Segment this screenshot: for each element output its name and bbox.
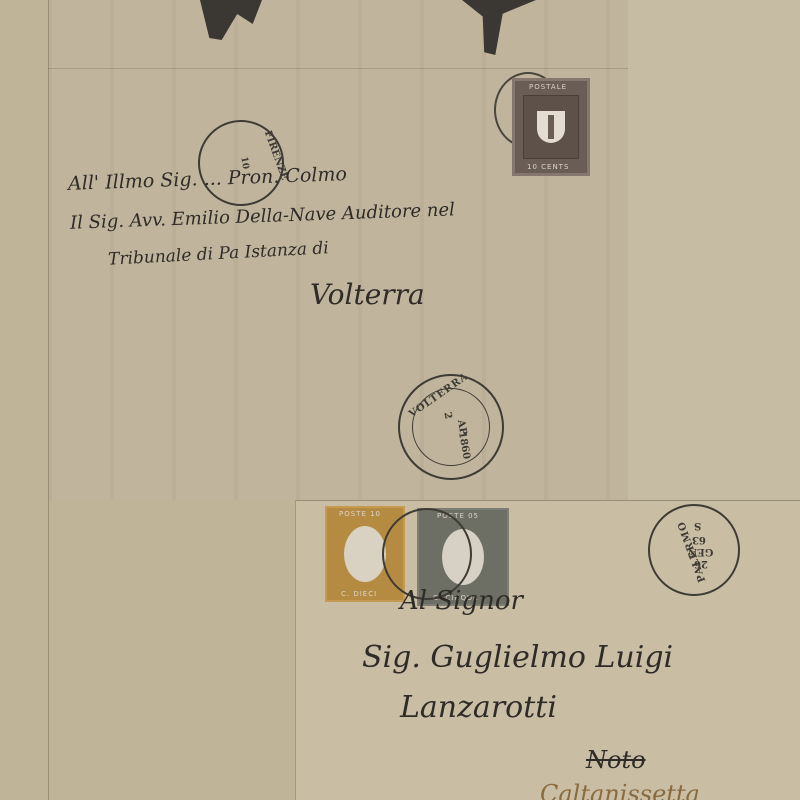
stamp-tuscany-10-cents: POSTALE 10 CENTS <box>512 78 590 176</box>
letter-fold-panel <box>628 0 800 500</box>
postmark-firenze: FIRENZE 10 <box>198 120 284 206</box>
redirect-destination: Caltanissetta <box>540 780 700 800</box>
fold-crease <box>48 68 628 69</box>
fold-crease <box>48 0 49 800</box>
address-destination: Volterra <box>310 278 425 311</box>
savoy-shield-icon <box>537 111 565 143</box>
postmark-month: GEN <box>688 546 713 557</box>
stamp-bottom-text: 10 CENTS <box>527 163 569 171</box>
postmark-palermo: PALERMO 26 GEN 63 S <box>648 504 740 596</box>
recipient-surname: Lanzarotti <box>400 690 557 725</box>
stamp-bottom-text: C. DIECI <box>341 590 377 598</box>
king-portrait-cameo <box>344 526 386 582</box>
postmark-day: 26 <box>694 558 708 569</box>
postmark-volterra: VOLTERRA 2 AP 1860 <box>398 374 504 480</box>
postmark-year: 63 <box>692 534 706 545</box>
stamp-top-text: POSTALE <box>529 83 567 91</box>
recipient-name: Sig. Guglielmo Luigi <box>362 640 673 675</box>
postmark-time: S <box>694 520 701 531</box>
stamp-top-text: POSTE 10 <box>339 510 381 518</box>
salutation: Al Signor <box>400 586 523 616</box>
crossed-out-town: Noto <box>586 746 646 774</box>
